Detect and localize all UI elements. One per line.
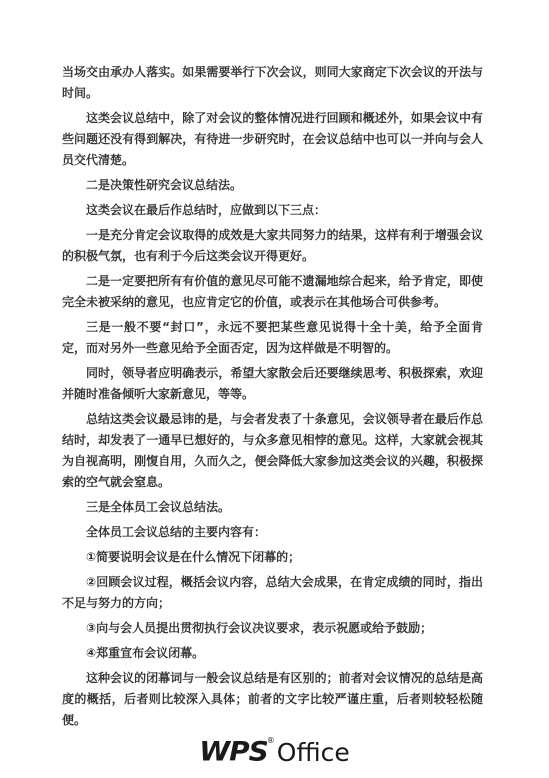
paragraph: ③向与会人员提出贯彻执行会议决议要求，表示祝愿或给予鼓励； xyxy=(62,618,483,639)
paragraph: ②回顾会议过程，概括会议内容，总结大会成果，在肯定成绩的同时，指出不足与努力的方… xyxy=(62,572,483,614)
paragraph: 同时，领导者应明确表示，希望大家散会后还要继续思考、积极探索，欢迎并随时准备倾听… xyxy=(62,363,483,405)
office-logo-text: Office xyxy=(277,738,350,767)
paragraph: ①简要说明会议是在什么情况下闭幕的； xyxy=(62,547,483,568)
screenshot-root: { "page": { "background": "#ffffff", "te… xyxy=(0,0,549,778)
document-page: 当场交由承办人落实。如果需要举行下次会议，则同大家商定下次会议的开法与时间。这类… xyxy=(0,0,549,778)
paragraph: 这类会议在最后作总结时，应做到以下三点： xyxy=(62,200,483,221)
paragraph: 当场交由承办人落实。如果需要举行下次会议，则同大家商定下次会议的开法与时间。 xyxy=(62,62,483,104)
registered-trademark-icon: ® xyxy=(267,736,275,745)
paragraph: ④郑重宣布会议闭幕。 xyxy=(62,643,483,664)
paragraph: 这种会议的闭幕词与一般会议总结是有区别的；前者对会议情况的总结是高度的概括，后者… xyxy=(62,668,483,731)
paragraph: 三是全体员工会议总结法。 xyxy=(62,497,483,518)
document-text-block: 当场交由承办人落实。如果需要举行下次会议，则同大家商定下次会议的开法与时间。这类… xyxy=(62,62,483,735)
paragraph: 二是决策性研究会议总结法。 xyxy=(62,175,483,196)
paragraph: 二是一定要把所有有价值的意见尽可能不遗漏地综合起来，给予肯定，即使完全未被采纳的… xyxy=(62,271,483,313)
wps-logo-text: WPS xyxy=(199,736,268,767)
paragraph: 全体员工会议总结的主要内容有： xyxy=(62,522,483,543)
paragraph: 这类会议总结中，除了对会议的整体情况进行回顾和概述外，如果会议中有些问题还没有得… xyxy=(62,108,483,171)
paragraph: 总结这类会议最忌讳的是，与会者发表了十条意见，会议领导者在最后作总结时，却发表了… xyxy=(62,409,483,493)
wps-office-logo: WPS®Office xyxy=(0,735,549,769)
paragraph: 一是充分肯定会议取得的成效是大家共同努力的结果，这样有利于增强会议的积极气氛，也… xyxy=(62,225,483,267)
paragraph: 三是一般不要“封口”，永远不要把某些意见说得十全十美，给予全面肯定，而对另外一些… xyxy=(62,317,483,359)
